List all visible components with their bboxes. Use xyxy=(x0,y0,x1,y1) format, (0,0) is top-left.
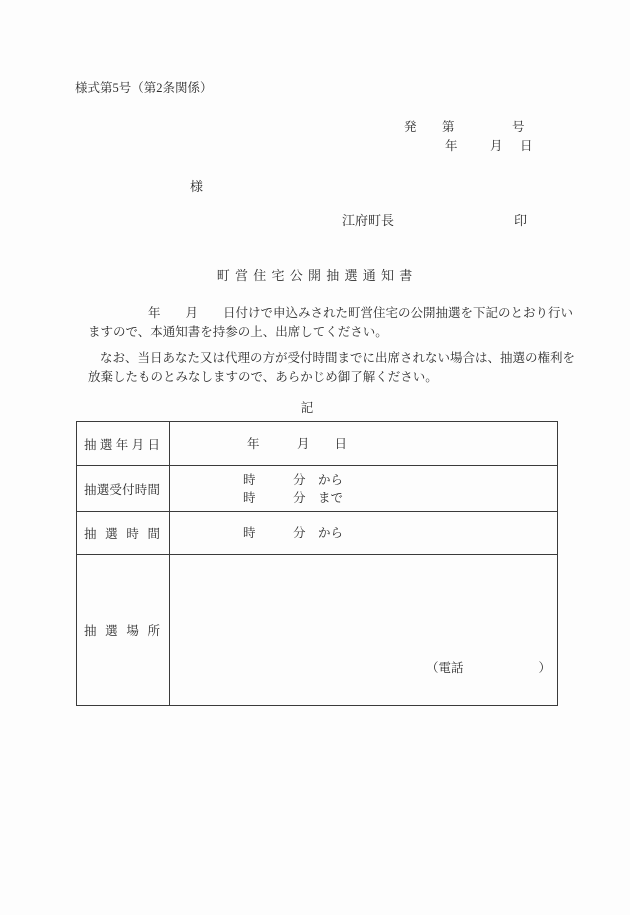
lottery-details-table: 抽 選 年 月 日 年 月 日 抽選受付時間 時 分 から 時 分 まで 抽 選… xyxy=(76,421,558,706)
form-number: 様式第5号（第2条関係） xyxy=(75,81,213,95)
row-label-reception-time: 抽選受付時間 xyxy=(84,480,160,498)
addressee-honorific: 様 xyxy=(190,180,203,195)
lottery-date-value: 年 月 日 xyxy=(247,435,557,453)
label-cell: 抽 選 場 所 xyxy=(77,555,170,706)
row-label-lottery-date: 抽 選 年 月 日 xyxy=(84,435,160,453)
seal-placeholder: 印 xyxy=(514,214,527,229)
document-title: 町 営 住 宅 公 開 抽 選 通 知 書 xyxy=(0,269,630,284)
issue-date-day: 日 xyxy=(520,139,533,153)
body-paragraph1-line1: 年 月 日付けで申込みされた町営住宅の公開抽選を下記のとおり行い xyxy=(148,306,573,321)
issue-number-label: 第 xyxy=(442,120,455,134)
label-cell: 抽 選 時 間 xyxy=(77,512,170,555)
table-row-lottery-time: 抽 選 時 間 時 分 から xyxy=(77,512,558,555)
value-cell: 時 分 から 時 分 まで xyxy=(170,466,558,512)
sender-title: 江府町長 xyxy=(342,214,394,229)
reception-time-from: 時 分 から xyxy=(243,471,557,489)
table-row-lottery-place: 抽 選 場 所 （電話 ） xyxy=(77,555,558,706)
body-paragraph2-line2: 放棄したものとみなしますので、あらかじめ御了解ください。 xyxy=(88,370,438,385)
reception-time-until: 時 分 まで xyxy=(243,489,557,507)
body-paragraph1-line2: ますので、本通知書を持参の上、出席してください。 xyxy=(88,325,388,340)
value-cell: 時 分 から xyxy=(170,512,558,555)
body-paragraph2-line1: なお、当日あなた又は代理の方が受付時間までに出席されない場合は、抽選の権利を xyxy=(100,351,575,366)
value-cell: （電話 ） xyxy=(170,555,558,706)
lottery-time-from: 時 分 から xyxy=(243,524,557,542)
label-cell: 抽 選 年 月 日 xyxy=(77,422,170,466)
row-label-lottery-place: 抽 選 場 所 xyxy=(84,621,160,639)
label-cell: 抽選受付時間 xyxy=(77,466,170,512)
row-label-lottery-time: 抽 選 時 間 xyxy=(84,524,160,542)
document-page: 様式第5号（第2条関係） 発 第 号 年 月 日 様 江府町長 印 町 営 住 … xyxy=(0,0,630,915)
table-row-lottery-date: 抽 選 年 月 日 年 月 日 xyxy=(77,422,558,466)
phone-number-blank: （電話 ） xyxy=(426,658,551,676)
table-row-reception-time: 抽選受付時間 時 分 から 時 分 まで xyxy=(77,466,558,512)
issue-date-month: 月 xyxy=(490,139,503,153)
value-cell: 年 月 日 xyxy=(170,422,558,466)
issue-prefix: 発 xyxy=(404,120,417,134)
issue-number-suffix: 号 xyxy=(512,120,525,134)
issue-date-year: 年 xyxy=(445,139,458,153)
record-marker: 記 xyxy=(0,401,614,415)
